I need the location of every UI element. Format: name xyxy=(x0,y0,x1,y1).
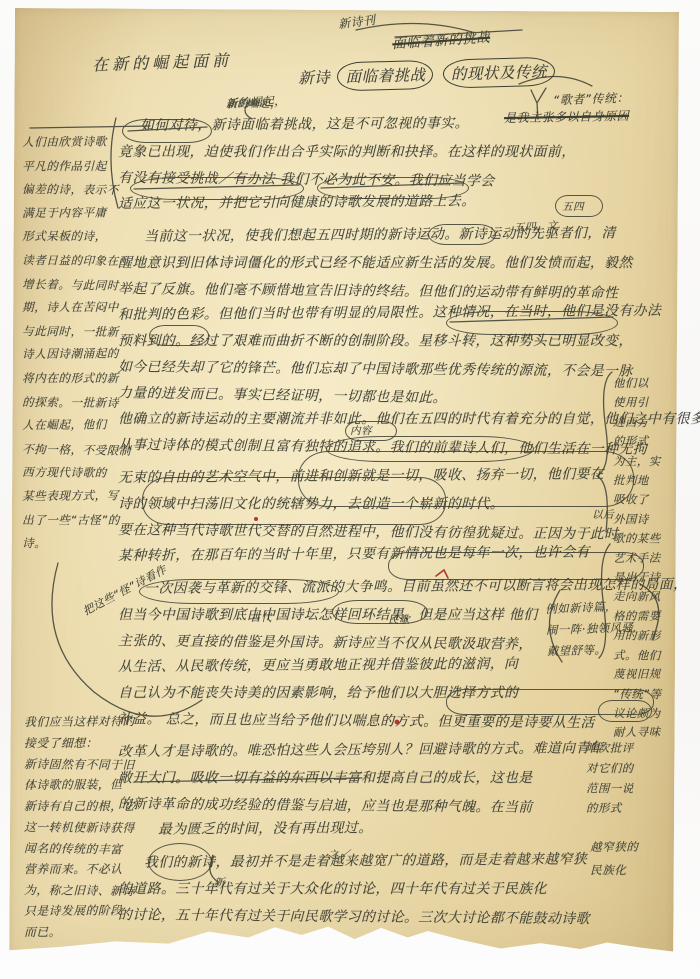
interline-insert: 以后 xyxy=(592,507,614,522)
alternate-title: 在新的崛起面前 xyxy=(92,48,233,76)
handwriting-line: 的道路。三十年代有过关于大众化的讨论，四十年代有过关于民族化 xyxy=(118,876,664,902)
margin-line: 戴望舒等。 xyxy=(546,638,667,662)
margin-line: 西方现代诗歌的 xyxy=(22,461,122,485)
margin-line: 越窄狭的 xyxy=(590,835,690,859)
handwriting-line: 竟象已出现，迫使我们作出合乎实际的判断和抉择。在这样的现状面前， xyxy=(118,139,664,165)
handwriting-line: 和批判的色彩。但他们当时也带有明显的局限性。这种情况，在当时，他们是没有办法 xyxy=(118,298,664,328)
margin-line: 某些表现方式，写 xyxy=(22,484,122,508)
margin-line: 我们应当这样对待的 xyxy=(24,711,136,733)
main-title-prefix: 新诗 xyxy=(298,69,330,88)
handwriting-line: 预料到的。经过了艰难而曲折不断的创制阶段。星移斗转，这种势头已明显改变， xyxy=(118,328,664,354)
margin-line: 将内在的形式的新 xyxy=(22,367,122,391)
handwriting-line: 如何对待，新诗面临着挑战，这是不可忽视的事实。 xyxy=(118,109,664,139)
left-bottom-margin-insert: 我们应当这样对待的接受了细想：新诗固然有不同于旧体诗歌的服装，但新诗有自己的根，… xyxy=(24,712,136,943)
margin-line: 的形式 xyxy=(613,432,697,452)
margin-line: 偏差的诗，表示不 xyxy=(22,178,122,202)
margin-line: 他们以 xyxy=(613,373,697,393)
handwriting-line: 的讨论，五十年代有过关于向民歌学习的讨论。三次大讨论都不能鼓动诗歌 xyxy=(118,902,664,933)
margin-line: 进西方 xyxy=(613,413,697,433)
margin-line: 营养而来。不必认 xyxy=(24,859,136,880)
margin-line: 吸收了 xyxy=(613,490,697,511)
handwriting-line: 醒地意识到旧体诗词僵化的形式已经不能适应新生活的发展。他们发愤而起，毅然 xyxy=(118,250,664,276)
margin-line: 期，诗人在苦闷中 xyxy=(22,296,122,320)
margin-line: 使用引 xyxy=(613,393,697,412)
interline-insert: 之／ xyxy=(328,847,350,862)
interline-insert: 民歌 xyxy=(388,612,410,627)
margin-line: 批判地 xyxy=(613,471,697,491)
margin-line: 民族化 xyxy=(590,859,690,882)
interline-insert: 五四 xyxy=(562,199,584,214)
main-title-circled-phrase-2: 的现状及传统 xyxy=(443,57,556,89)
interline-insert: 内容 xyxy=(350,423,372,438)
margin-line: 人们由欣赏诗歌 xyxy=(22,130,122,154)
body-paragraph: 我们的新诗，最初并不是走着越来越宽广的道路，而是走着越来越窄狭的道路。三十年代有… xyxy=(118,850,664,928)
margin-line: 诗。 xyxy=(22,532,122,556)
margin-line: 艺术手法 xyxy=(613,548,697,568)
margin-line: 歌的某些 xyxy=(613,529,697,549)
margin-line: 的探索。一批新诗 xyxy=(22,391,122,415)
margin-line: 闻名的传统的丰富 xyxy=(24,838,136,861)
body-paragraph: 当前这一状况，使我们想起五四时期的新诗运动。新诗运动的先驱者们，清醒地意识到旧体… xyxy=(118,224,664,458)
margin-line: 外国诗 xyxy=(613,510,697,529)
top-right-corner-note: “歌者”传统： xyxy=(553,89,629,109)
margin-line: 新诗有自己的根，它 xyxy=(24,796,136,817)
manuscript-body: 如何对待，新诗面临着挑战，这是不可忽视的事实。竟象已出现，迫使我们作出合乎实际的… xyxy=(118,113,664,935)
margin-line: 体诗歌的服装，但 xyxy=(24,774,136,796)
right-lower-note: 唯次批评对它们的范围一说的形式 xyxy=(586,738,686,818)
margin-line: 蔑视旧规 xyxy=(613,664,697,684)
margin-line: 不拘一格，不受限制 xyxy=(22,438,122,463)
handwriting-line: 如今已经失却了它的锋芒。他们忘却了中国诗歌那些优秀传统的源流，不会是一脉 xyxy=(118,354,664,385)
manuscript-photo: 新诗刊 面临着新的挑战 在新的崛起面前 新诗 面临着挑战 的现状及传统 新的崛起… xyxy=(0,0,700,979)
handwriting-line: 改革人才是诗歌的。唯恐怕这些人会压垮别人？回避诗歌的方式。难道向青年 xyxy=(118,735,664,765)
margin-line: 议论颇为 xyxy=(613,704,697,724)
margin-line: 接受了细想： xyxy=(24,733,136,754)
margin-line: 满足于内容平庸 xyxy=(22,201,122,225)
margin-line: 的形式 xyxy=(586,797,686,818)
margin-line: 形式呆板的诗， xyxy=(22,225,122,249)
interline-insert: 新的崛起， xyxy=(226,96,281,111)
left-margin-insert: 人们由欣赏诗歌平凡的作品引起偏差的诗，表示不满足于内容平庸形式呆板的诗，读者日益… xyxy=(22,131,122,556)
margin-line: 诗人因诗潮涌起的 xyxy=(22,343,122,367)
margin-line: 对它们的 xyxy=(586,758,686,778)
body-paragraph: 改革人才是诗歌的。唯恐怕这些人会压垮别人？回避诗歌的方式。难道向青年敞开大门。吸… xyxy=(118,739,664,843)
handwriting-line: 自己认为不能丧失诗美的因素影响，给予他们以大胆选择方式的 xyxy=(118,680,664,706)
handwriting-line: 最为匮乏的时间，没有再出现过。 xyxy=(118,813,664,843)
margin-line: 唯次批评 xyxy=(586,737,686,758)
right-bracketed-note: 例如新诗篇，闹一阵·独领风骚戴望舒等。 xyxy=(545,595,667,662)
margin-line: 新诗固然有不同于旧 xyxy=(24,754,136,776)
interline-insert: 古代 xyxy=(250,610,272,625)
handwriting-line: 无束的自由的艺术空气中，前进和创新就是一切，吸收、扬弃一切，他们要在 xyxy=(118,461,664,491)
margin-line: 读者日益的印象在 xyxy=(22,249,122,273)
handwriting-line: 当前这一状况，使我们想起五四时期的新诗运动。新诗运动的先驱者们，清 xyxy=(118,220,664,250)
margin-line: 人在崛起，他们 xyxy=(22,413,122,437)
margin-line: 而已。 xyxy=(24,922,136,943)
body-paragraph: 无束的自由的艺术空气中，前进和创新就是一切，吸收、扬弃一切，他们要在诗的领域中扫… xyxy=(118,465,664,569)
margin-line: 是出于诗 xyxy=(613,568,697,587)
handwriting-line: 从事过诗体的模式创制且富有独特的追求。我们的前辈诗人们，他们生活在一种无拘 xyxy=(118,432,664,463)
handwriting-line: 某种转折，在那百年的当时十年里，只要有新情况也是每年一次，也许会有 xyxy=(118,539,664,569)
main-title-circled-phrase-1: 面临着挑战 xyxy=(337,60,434,92)
interline-insert: 五四，文 xyxy=(514,218,559,235)
right-margin-insert: 他们以使用引进西方的形式为主，实批判地吸收了外国诗歌的某些艺术手法是出于诗走向新… xyxy=(613,374,697,743)
right-bottom-note: 越窄狭的民族化 xyxy=(590,836,690,882)
margin-line: 为，称之旧诗、新诗 xyxy=(24,880,136,902)
handwriting-line: 我们的新诗，最初并不是走着越来越宽广的道路，而是走着越来越窄狭 xyxy=(118,846,664,876)
margin-line: 为主，实 xyxy=(613,452,697,471)
margin-line: 增长着。与此同时 xyxy=(22,273,122,298)
handwriting-line: 诗的领域中扫荡旧文化的统辖势力，去创造一个崭新的时代。 xyxy=(118,491,664,517)
margin-line: 平凡的作品引起 xyxy=(22,155,122,179)
margin-line: 与此同时，一批新 xyxy=(22,320,122,344)
interline-insert: 新 xyxy=(214,875,225,890)
margin-line: 只是诗发展的阶段 xyxy=(24,900,136,922)
handwriting-line: 敞开大门。吸收一切有益的东西以丰富和提高自己的成长，这也是 xyxy=(118,765,664,791)
margin-line: 出了一些“古怪”的 xyxy=(22,509,122,533)
margin-line: “传统”等 xyxy=(613,685,697,704)
margin-line: 闹一阵·独领风骚 xyxy=(546,616,667,641)
handwriting-line: 补益。 总之，而且也应当给予他们以喘息的方式。但更重要的是诗要从生活 xyxy=(118,706,664,737)
margin-line: 这一转机使新诗获得 xyxy=(24,817,136,839)
margin-line: 范围一说 xyxy=(586,778,686,799)
